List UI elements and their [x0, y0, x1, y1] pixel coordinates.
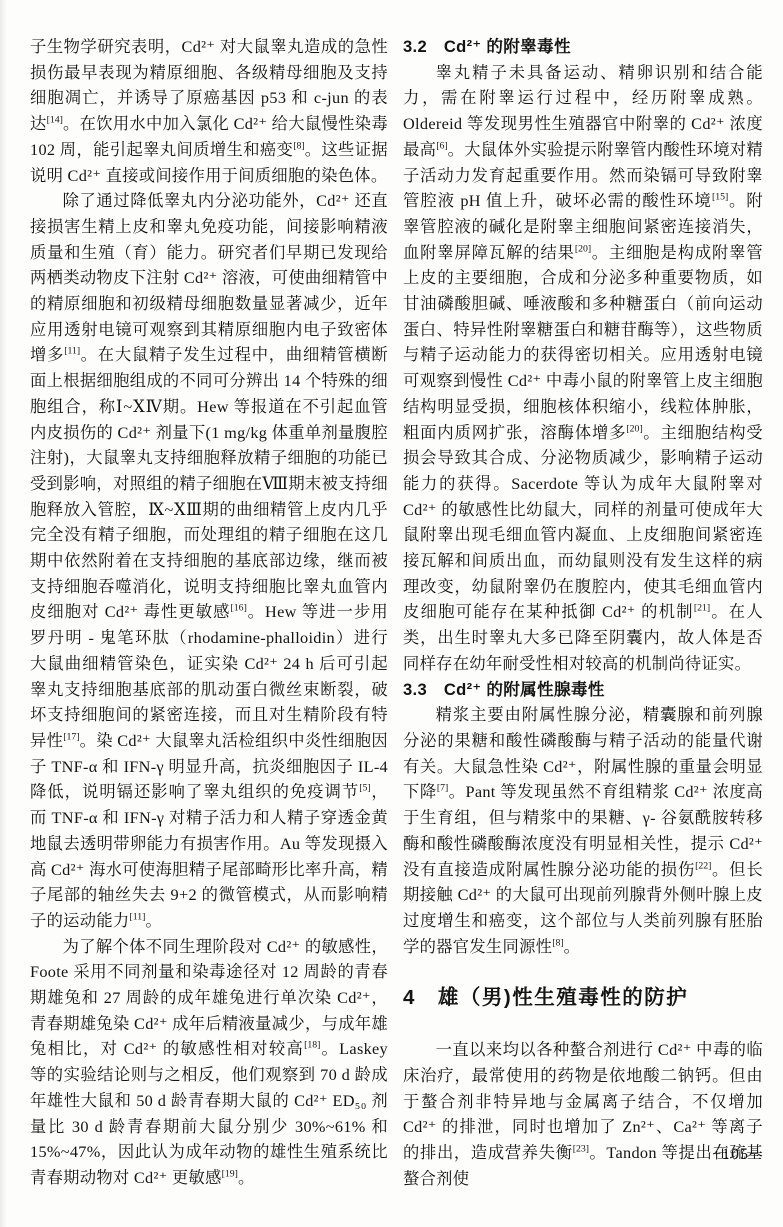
left-column: 子生物学研究表明，Cd²⁺ 对大鼠睾丸造成的急性损伤最早表现为精原细胞、各级精母… — [30, 34, 388, 1192]
paragraph-cut-off-at-page-bottom: 一直以来均以各种螯合剂进行 Cd²⁺ 中毒的临床治疗，最常使用的药物是依地酸二钠… — [403, 1037, 763, 1191]
paragraph: 精浆主要由附属性腺分泌，精囊腺和前列腺分泌的果糖和酸性磷酸酶与精子活动的能量代谢… — [403, 702, 763, 959]
section-heading-3-2: 3.2 Cd²⁺ 的附睾毒性 — [403, 34, 763, 60]
paragraph: 除了通过降低睾丸内分泌功能外，Cd²⁺ 还直接损害生精上皮和睾丸免疫功能，间接影… — [30, 188, 388, 933]
section-heading-4: 4 雄（男)性生殖毒性的防护 — [403, 984, 763, 1012]
right-column: 3.2 Cd²⁺ 的附睾毒性 睾丸精子未具备运动、精卵识别和结合能力，需在附睾运… — [403, 34, 763, 1192]
paragraph: 为了解个体不同生理阶段对 Cd²⁺ 的敏感性，Foote 采用不同剂量和染毒途径… — [30, 934, 388, 1191]
paragraph: 睾丸精子未具备运动、精卵识别和结合能力，需在附睾运行过程中，经历附睾成熟。Old… — [403, 60, 763, 677]
section-heading-3-3: 3.3 Cd²⁺ 的附属性腺毒性 — [403, 677, 763, 703]
journal-page: 子生物学研究表明，Cd²⁺ 对大鼠睾丸造成的急性损伤最早表现为精原细胞、各级精母… — [0, 0, 783, 1227]
page-number: −105− — [712, 1146, 759, 1164]
paragraph-continued-from-previous-page: 子生物学研究表明，Cd²⁺ 对大鼠睾丸造成的急性损伤最早表现为精原细胞、各级精母… — [30, 34, 388, 188]
two-column-layout: 子生物学研究表明，Cd²⁺ 对大鼠睾丸造成的急性损伤最早表现为精原细胞、各级精母… — [30, 34, 763, 1192]
